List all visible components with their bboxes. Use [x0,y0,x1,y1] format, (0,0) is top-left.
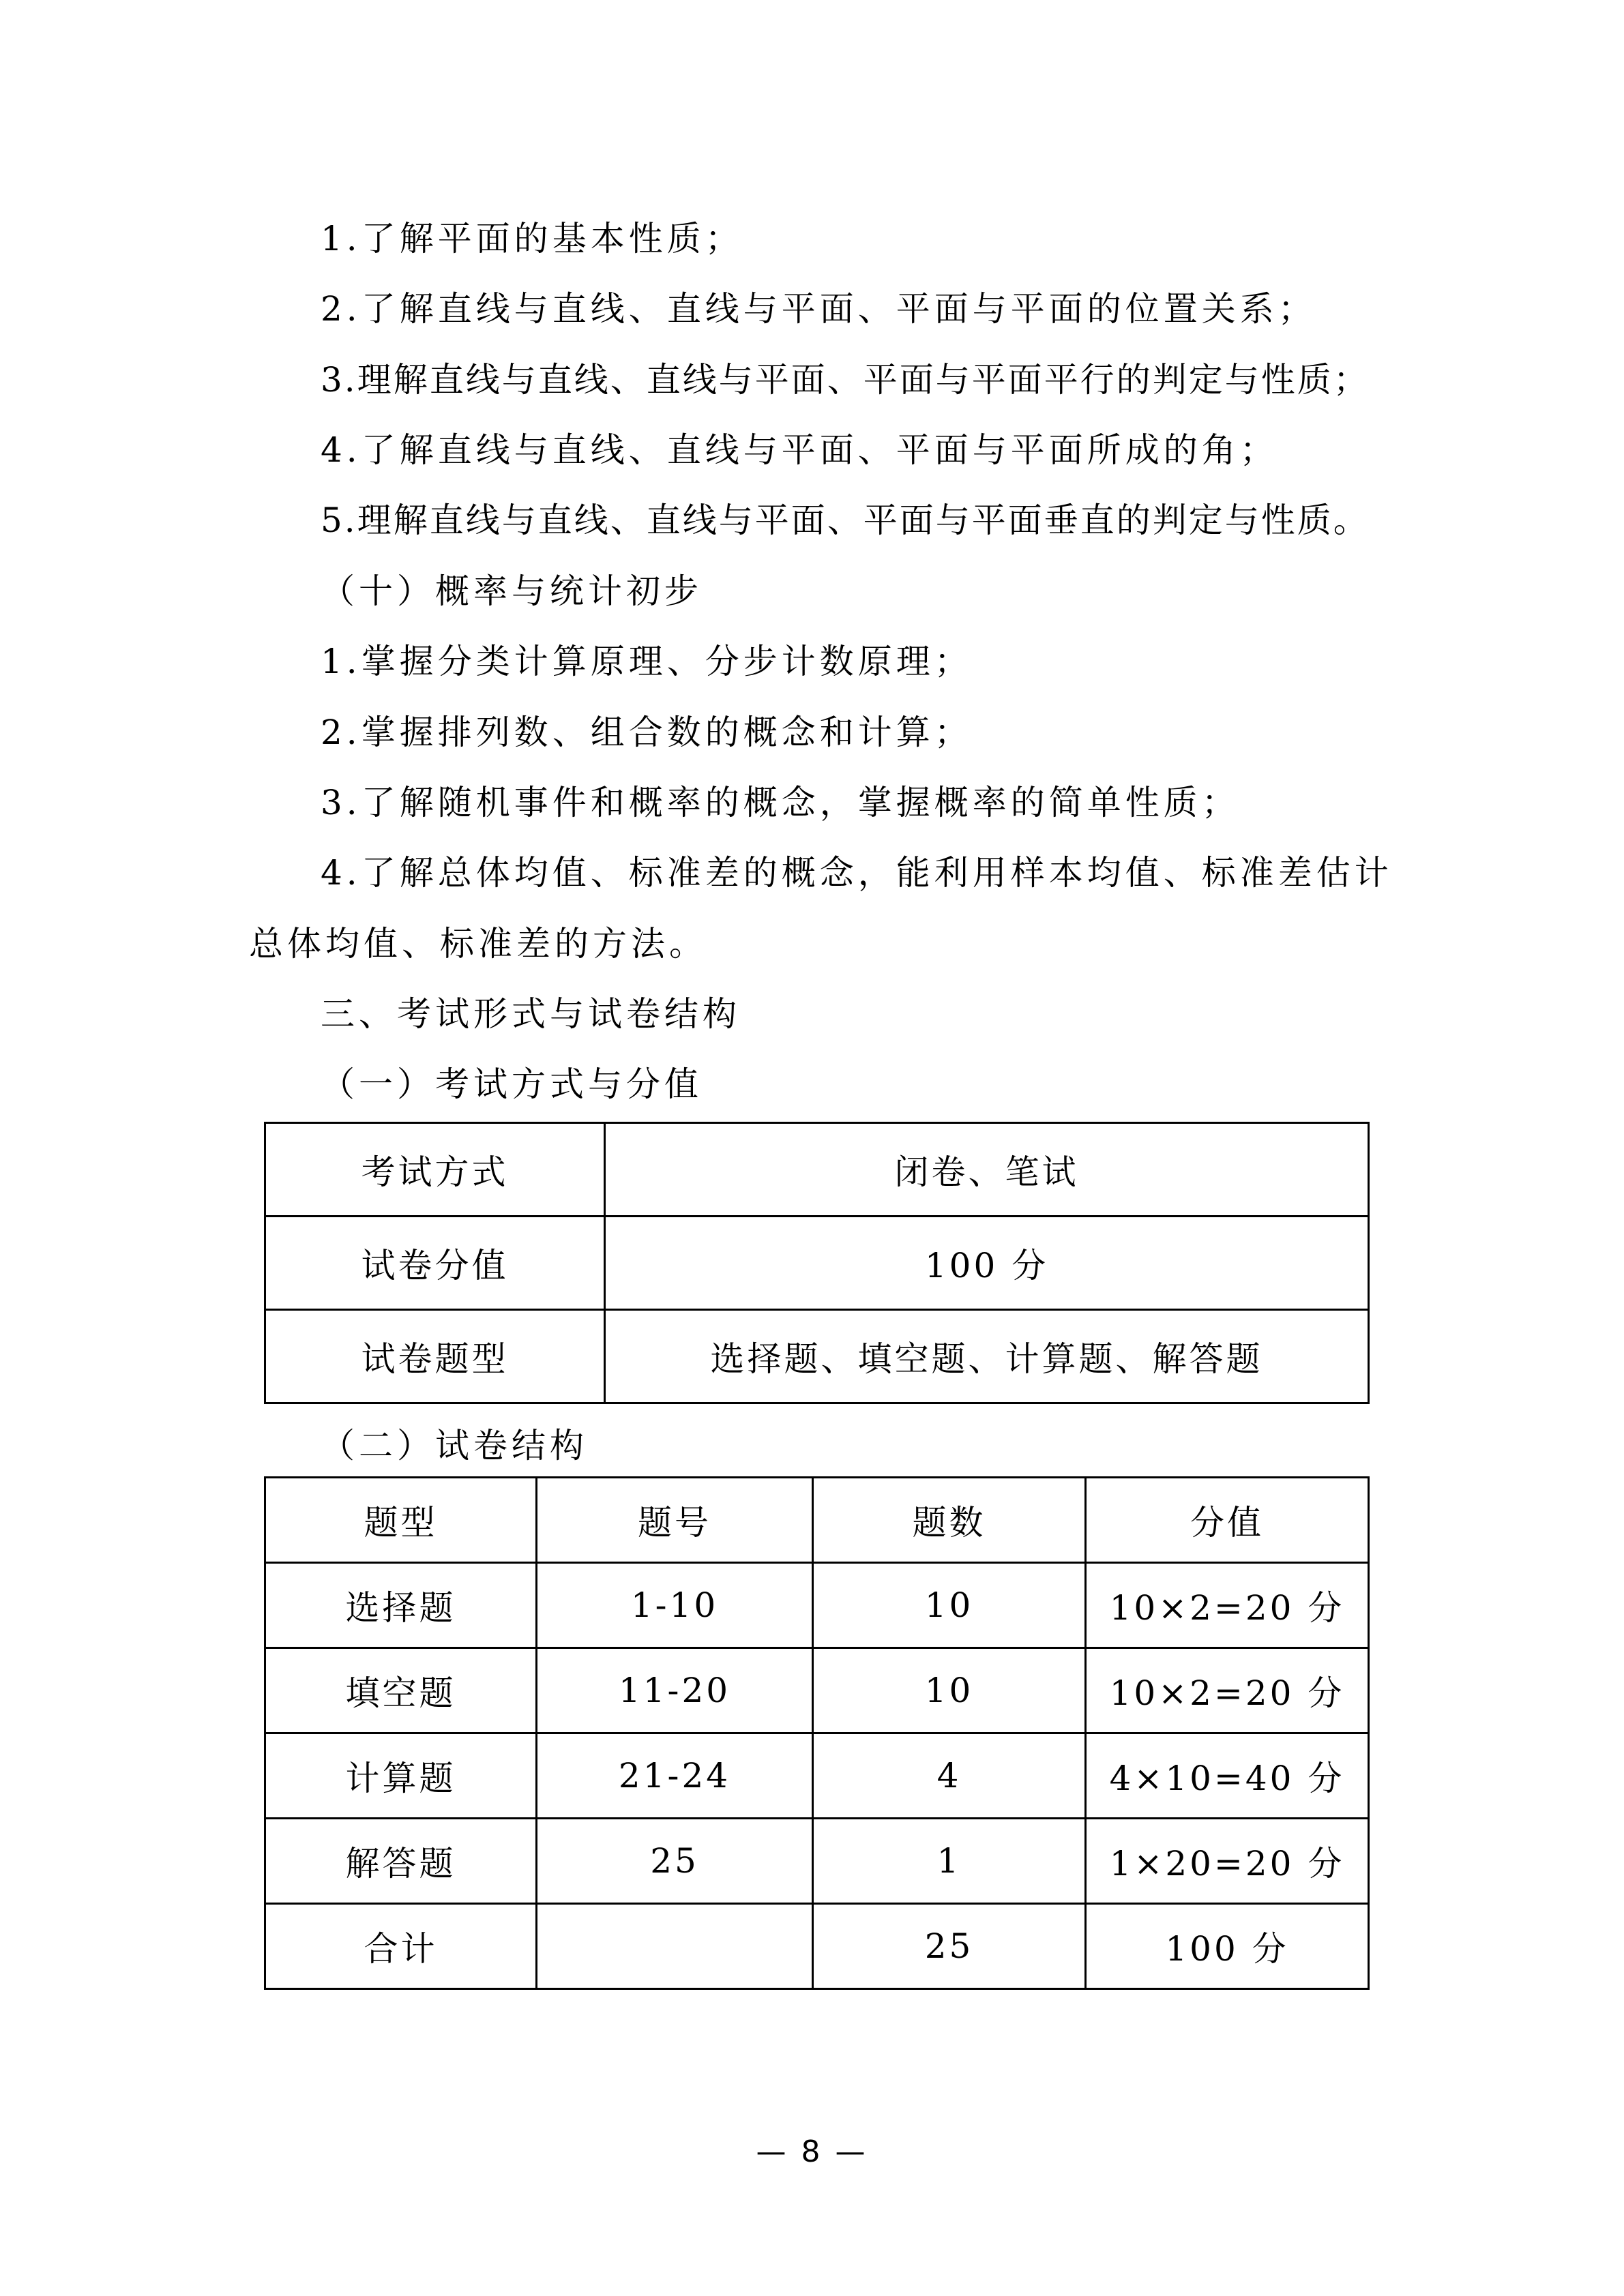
table-cell-value: 选择题、填空题、计算题、解答题 [605,1310,1369,1403]
item-random-events: 3.了解随机事件和概率的概念，掌握概率的简单性质； [321,782,1240,823]
table-row: 填空题 11-20 10 10×2=20 分 [265,1648,1369,1733]
section-heading-paper-structure: （二）试卷结构 [321,1425,588,1466]
table-cell-label: 试卷分值 [265,1217,605,1310]
table-row: 考试方式 闭卷、笔试 [265,1123,1369,1217]
table-cell: 4×10=40 分 [1086,1733,1369,1819]
item-mean-std: 4.了解总体均值、标准差的概念，能利用样本均值、标准差估计 [321,852,1393,893]
item-parallel-criteria: 3.理解直线与直线、直线与平面、平面与平面平行的判定与性质； [321,359,1370,400]
table-row: 解答题 25 1 1×20=20 分 [265,1819,1369,1904]
item-positional-relations: 2.了解直线与直线、直线与平面、平面与平面的位置关系； [321,288,1316,329]
table-cell: 1×20=20 分 [1086,1819,1369,1904]
table-cell-label: 试卷题型 [265,1310,605,1403]
header-question-numbers: 题号 [537,1478,813,1563]
chapter-heading-exam-format: 三、考试形式与试卷结构 [321,994,741,1034]
section-heading-probability: （十）概率与统计初步 [321,571,703,612]
table-cell: 选择题 [265,1563,537,1648]
table-cell: 21-24 [537,1733,813,1819]
header-question-type: 题型 [265,1478,537,1563]
header-score: 分值 [1086,1478,1369,1563]
table-cell: 100 分 [1086,1904,1369,1989]
page-number: — 8 — [0,2134,1624,2169]
paper-structure-table: 题型 题号 题数 分值 选择题 1-10 10 10×2=20 分 填空题 11… [264,1476,1370,1990]
table-header-row: 题型 题号 题数 分值 [265,1478,1369,1563]
table-row: 试卷题型 选择题、填空题、计算题、解答题 [265,1310,1369,1403]
table-cell-value: 100 分 [605,1217,1369,1310]
table-cell: 填空题 [265,1648,537,1733]
table-row: 试卷分值 100 分 [265,1217,1369,1310]
table-cell: 25 [813,1904,1086,1989]
item-plane-properties: 1.了解平面的基本性质； [321,218,743,259]
table-cell [537,1904,813,1989]
table-cell-value: 闭卷、笔试 [605,1123,1369,1217]
table-cell: 25 [537,1819,813,1904]
item-counting-principles: 1.掌握分类计算原理、分步计数原理； [321,641,973,682]
table-cell: 10 [813,1563,1086,1648]
table-row: 计算题 21-24 4 4×10=40 分 [265,1733,1369,1819]
table-cell: 11-20 [537,1648,813,1733]
header-question-count: 题数 [813,1478,1086,1563]
item-perpendicular-criteria: 5.理解直线与直线、直线与平面、平面与平面垂直的判定与性质。 [321,500,1370,541]
table-cell: 10×2=20 分 [1086,1648,1369,1733]
table-cell: 解答题 [265,1819,537,1904]
table-cell: 合计 [265,1904,537,1989]
table-row: 选择题 1-10 10 10×2=20 分 [265,1563,1369,1648]
table-cell: 计算题 [265,1733,537,1819]
item-mean-std-continued: 总体均值、标准差的方法。 [249,923,707,964]
table-cell: 1-10 [537,1563,813,1648]
table-cell-label: 考试方式 [265,1123,605,1217]
exam-format-table: 考试方式 闭卷、笔试 试卷分值 100 分 试卷题型 选择题、填空题、计算题、解… [264,1122,1370,1404]
table-cell: 10×2=20 分 [1086,1563,1369,1648]
item-angles: 4.了解直线与直线、直线与平面、平面与平面所成的角； [321,430,1278,471]
section-heading-exam-method: （一）考试方式与分值 [321,1064,703,1105]
item-permutations: 2.掌握排列数、组合数的概念和计算； [321,712,973,753]
table-cell: 10 [813,1648,1086,1733]
table-total-row: 合计 25 100 分 [265,1904,1369,1989]
table-cell: 4 [813,1733,1086,1819]
table-cell: 1 [813,1819,1086,1904]
